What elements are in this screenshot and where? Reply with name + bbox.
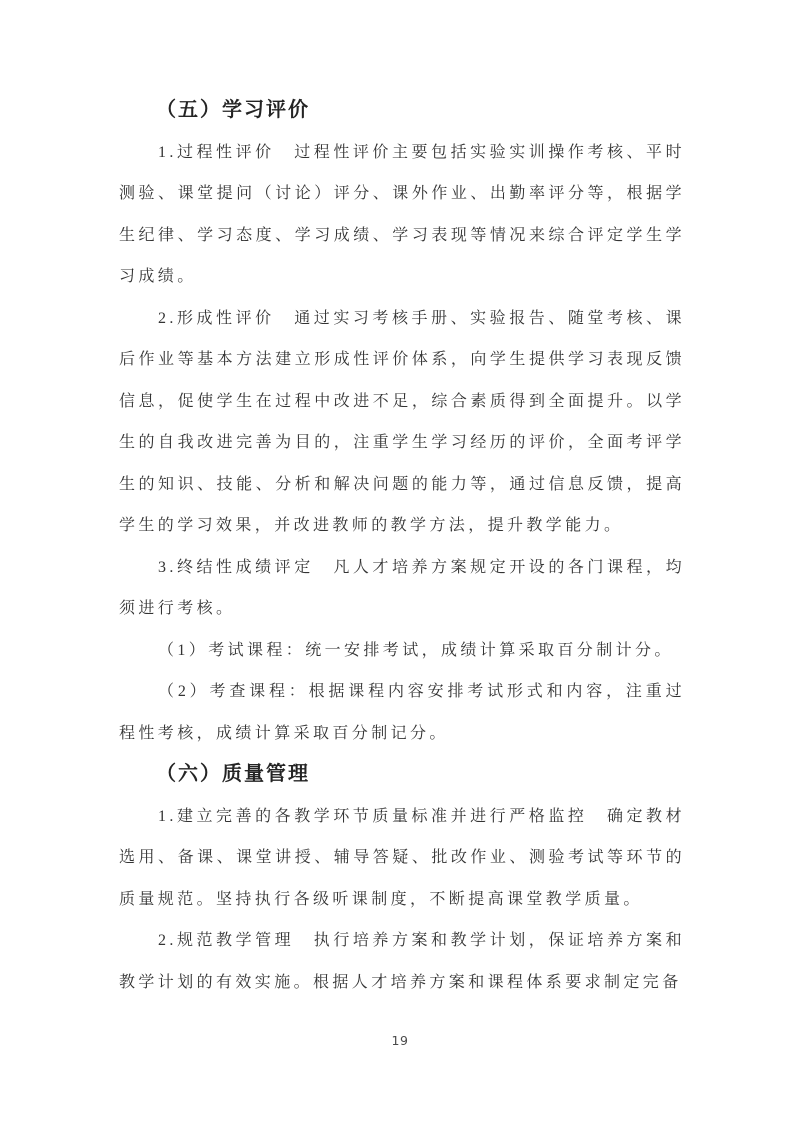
page-number: 19	[0, 1033, 800, 1048]
section-heading: （六）质量管理	[119, 754, 685, 796]
section-heading: （五）学习评价	[119, 90, 685, 132]
paragraph: （1）考试课程：统一安排考试，成绩计算采取百分制计分。	[119, 630, 685, 672]
paragraph: 2.规范教学管理 执行培养方案和教学计划，保证培养方案和教学计划的有效实施。根据…	[119, 920, 685, 1003]
paragraph: （2）考查课程：根据课程内容安排考试形式和内容，注重过程性考核，成绩计算采取百分…	[119, 671, 685, 754]
paragraph: 2.形成性评价 通过实习考核手册、实验报告、随堂考核、课后作业等基本方法建立形成…	[119, 298, 685, 547]
paragraph: 1.过程性评价 过程性评价主要包括实验实训操作考核、平时测验、课堂提问（讨论）评…	[119, 132, 685, 298]
document-page: （五）学习评价1.过程性评价 过程性评价主要包括实验实训操作考核、平时测验、课堂…	[0, 0, 800, 1131]
document-content: （五）学习评价1.过程性评价 过程性评价主要包括实验实训操作考核、平时测验、课堂…	[119, 90, 685, 1003]
paragraph: 3.终结性成绩评定 凡人才培养方案规定开设的各门课程，均须进行考核。	[119, 547, 685, 630]
paragraph: 1.建立完善的各教学环节质量标准并进行严格监控 确定教材选用、备课、课堂讲授、辅…	[119, 796, 685, 921]
